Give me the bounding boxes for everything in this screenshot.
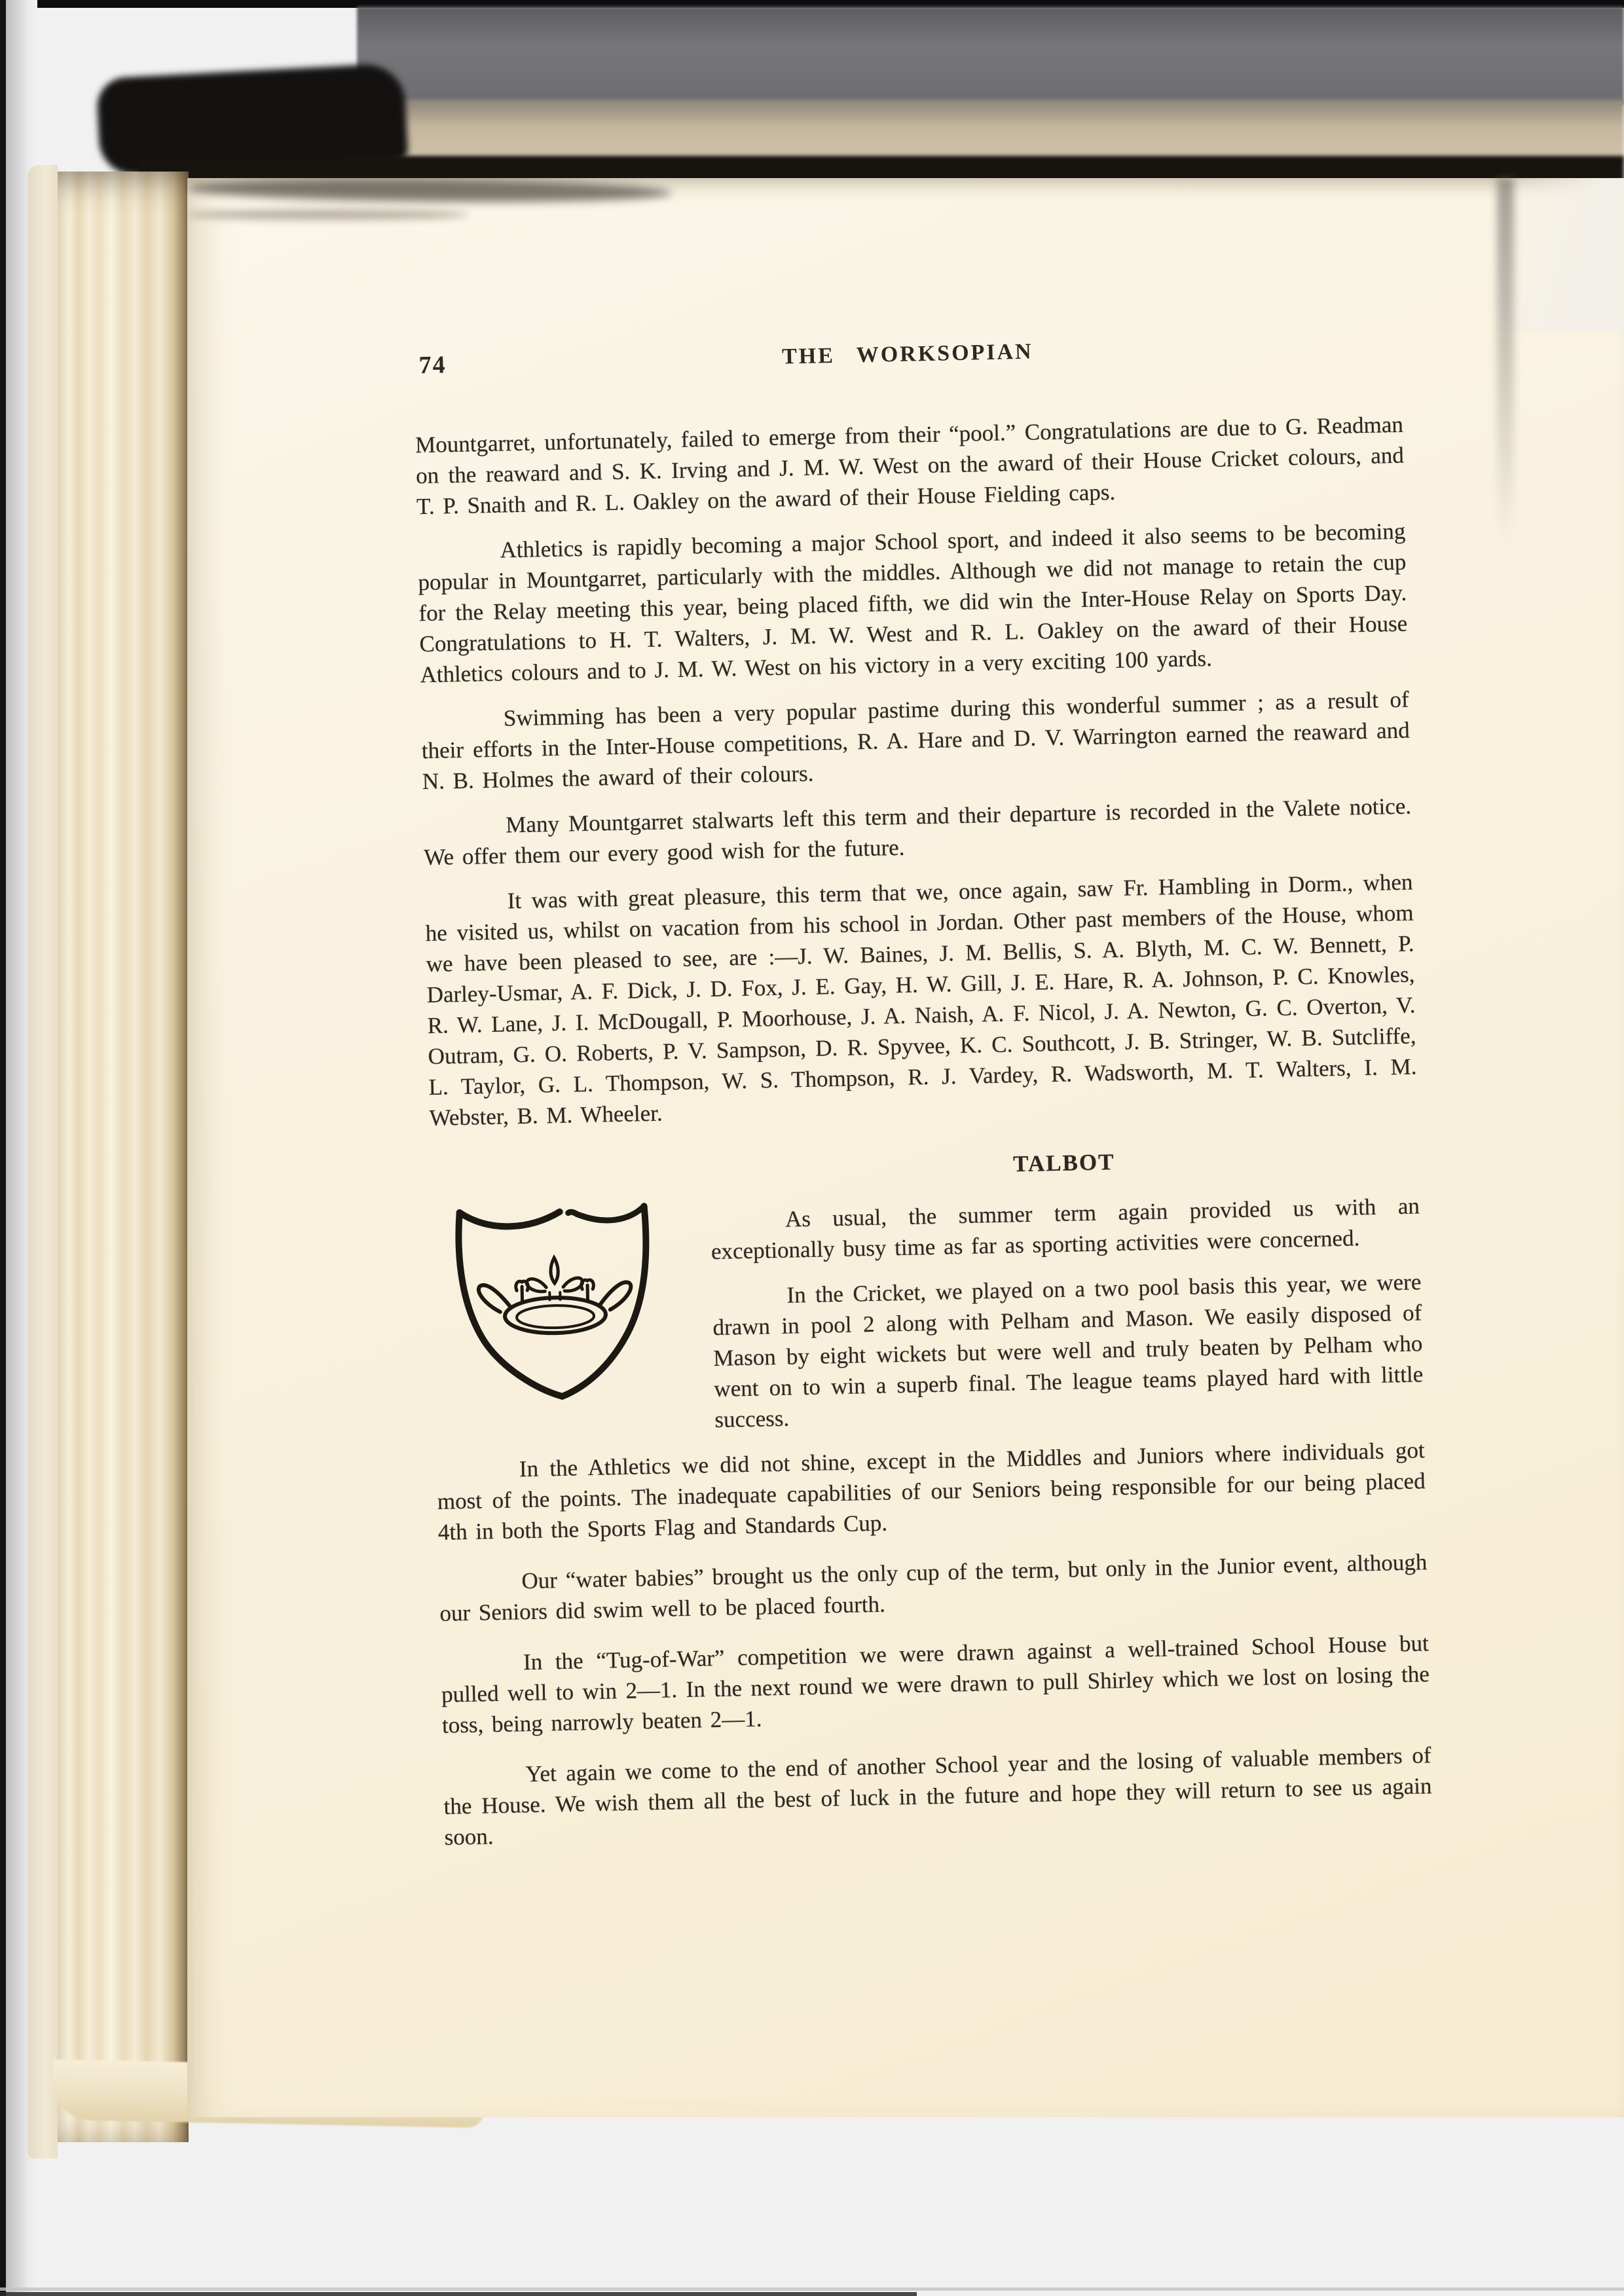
talbot-section-continued: In the Athletics we did not shine, excep…	[436, 1434, 1432, 1852]
paragraph: Athletics is rapidly becoming a major Sc…	[417, 516, 1409, 691]
running-header: THE WORKSOPIAN	[413, 332, 1401, 378]
scanner-left-edge	[0, 0, 6, 2296]
talbot-crest	[430, 1155, 715, 1455]
book-cover-edge	[28, 165, 58, 2159]
mountgarret-section: Mountgarret, unfortunately, failed to em…	[415, 409, 1418, 1133]
scanner-bottom-line	[0, 2287, 1624, 2291]
page-header: 74 THE WORKSOPIAN	[413, 331, 1402, 390]
paragraph: Swimming has been a very popular pastime…	[420, 684, 1411, 797]
paragraph: In the Athletics we did not shine, excep…	[436, 1434, 1426, 1548]
book-scan: { "page": { "number": "74", "running_hea…	[0, 0, 1624, 2296]
talbot-section: TALBOT As usual, the summer term again p…	[430, 1140, 1424, 1455]
paragraph: Mountgarret, unfortunately, failed to em…	[415, 409, 1405, 522]
talbot-text-column: TALBOT As usual, the summer term again p…	[709, 1140, 1424, 1449]
paragraph: Many Mountgarret stalwarts left this ter…	[423, 791, 1412, 873]
book-page: 74 THE WORKSOPIAN Mountgarret, unfortuna…	[187, 178, 1624, 2117]
body-text: Mountgarret, unfortunately, failed to em…	[415, 409, 1433, 1853]
page-stack-edge	[58, 172, 189, 2142]
talbot-heading: TALBOT	[709, 1140, 1419, 1186]
book-top-gray-band	[357, 7, 1624, 105]
paragraph: As usual, the summer term again provided…	[710, 1190, 1421, 1267]
paragraph: Yet again we come to the end of another …	[443, 1740, 1433, 1853]
paragraph: In the “Tug-of-War” competition we were …	[441, 1628, 1431, 1741]
scanner-bottom-edge	[0, 2292, 917, 2296]
page-content: 74 THE WORKSOPIAN Mountgarret, unfortuna…	[184, 151, 1624, 1877]
paragraph: In the Cricket, we played on a two pool …	[712, 1266, 1424, 1435]
paragraph: It was with great pleasure, this term th…	[424, 867, 1418, 1134]
shield-coronet-icon	[448, 1178, 655, 1405]
paragraph: Our “water babies” brought us the only c…	[439, 1546, 1428, 1629]
